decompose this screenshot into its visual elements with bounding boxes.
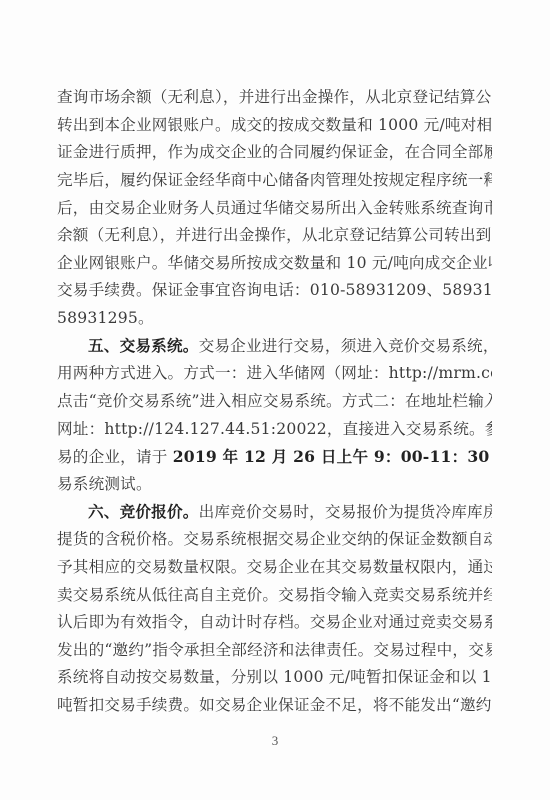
text-line: 企业网银账户。华储交易所按成交数量和 10 元/吨向成交企业收取: [57, 250, 492, 278]
test-date-time: 2019 年 12 月 26 日上午 9：00-11：30: [173, 447, 490, 466]
text-line: 卖交易系统从低往高自主竞价。交易指令输入竞卖交易系统并经确: [57, 582, 492, 610]
text-line: 用两种方式进入。方式一：进入华储网（网址：http://mrm.com.cn），: [57, 360, 492, 388]
text-line: 吨暂扣交易手续费。如交易企业保证金不足，将不能发出“邀约”: [57, 692, 492, 720]
test-date-line: 易的企业，请于 2019 年 12 月 26 日上午 9：00-11：30 参加…: [57, 443, 492, 471]
text-line: 完毕后，履约保证金经华商中心储备肉管理处按规定程序统一释放: [57, 167, 492, 195]
text-line: 易系统测试。: [57, 471, 492, 499]
test-date-prefix: 易的企业，请于: [57, 448, 173, 466]
text-line: 网址：http://124.127.44.51:20022，直接进入交易系统。参…: [57, 416, 492, 444]
text-line: 查询市场余额（无利息），并进行出金操作，从北京登记结算公司: [57, 84, 492, 112]
text-line: 交易手续费。保证金事宜咨询电话：010-58931209、58931235、: [57, 277, 492, 305]
section-6-first-line: 六、竞价报价。出库竞价交易时，交易报价为提货冷库库房内: [57, 499, 492, 527]
text-line: 予其相应的交易数量权限。交易企业在其交易数量权限内，通过竞: [57, 554, 492, 582]
text-line: 系统将自动按交易数量，分别以 1000 元/吨暂扣保证金和以 10 元/: [57, 664, 492, 692]
section-6-text: 出库竞价交易时，交易报价为提货冷库库房内: [199, 503, 492, 521]
text-line: 提货的含税价格。交易系统根据交易企业交纳的保证金数额自动授: [57, 526, 492, 554]
text-line: 认后即为有效指令，自动计时存档。交易企业对通过竞卖交易系统: [57, 609, 492, 637]
text-line: 点击“竞价交易系统”进入相应交易系统。方式二：在地址栏输入: [57, 388, 492, 416]
section-5-heading: 五、交易系统。: [88, 337, 199, 355]
text-line: 证金进行质押，作为成交企业的合同履约保证金，在合同全部履行: [57, 139, 492, 167]
text-line: 转出到本企业网银账户。成交的按成交数量和 1000 元/吨对相应保: [57, 112, 492, 140]
document-page: 查询市场余额（无利息），并进行出金操作，从北京登记结算公司 转出到本企业网银账户…: [0, 0, 550, 800]
text-line: 58931295。: [57, 305, 492, 333]
text-line: 余额（无利息），并进行出金操作，从北京登记结算公司转出到本: [57, 222, 492, 250]
document-body: 查询市场余额（无利息），并进行出金操作，从北京登记结算公司 转出到本企业网银账户…: [57, 84, 492, 720]
section-6-heading: 六、竞价报价。: [88, 503, 199, 521]
section-5-first-line: 五、交易系统。交易企业进行交易，须进入竞价交易系统，可: [57, 333, 492, 361]
section-5-text: 交易企业进行交易，须进入竞价交易系统，可: [199, 337, 492, 355]
text-line: 后，由交易企业财务人员通过华储交易所出入金转账系统查询市场: [57, 195, 492, 223]
test-date-suffix: 参加竞卖交: [489, 448, 492, 466]
page-number: 3: [268, 733, 282, 749]
text-line: 发出的“邀约”指令承担全部经济和法律责任。交易过程中，交易: [57, 637, 492, 665]
